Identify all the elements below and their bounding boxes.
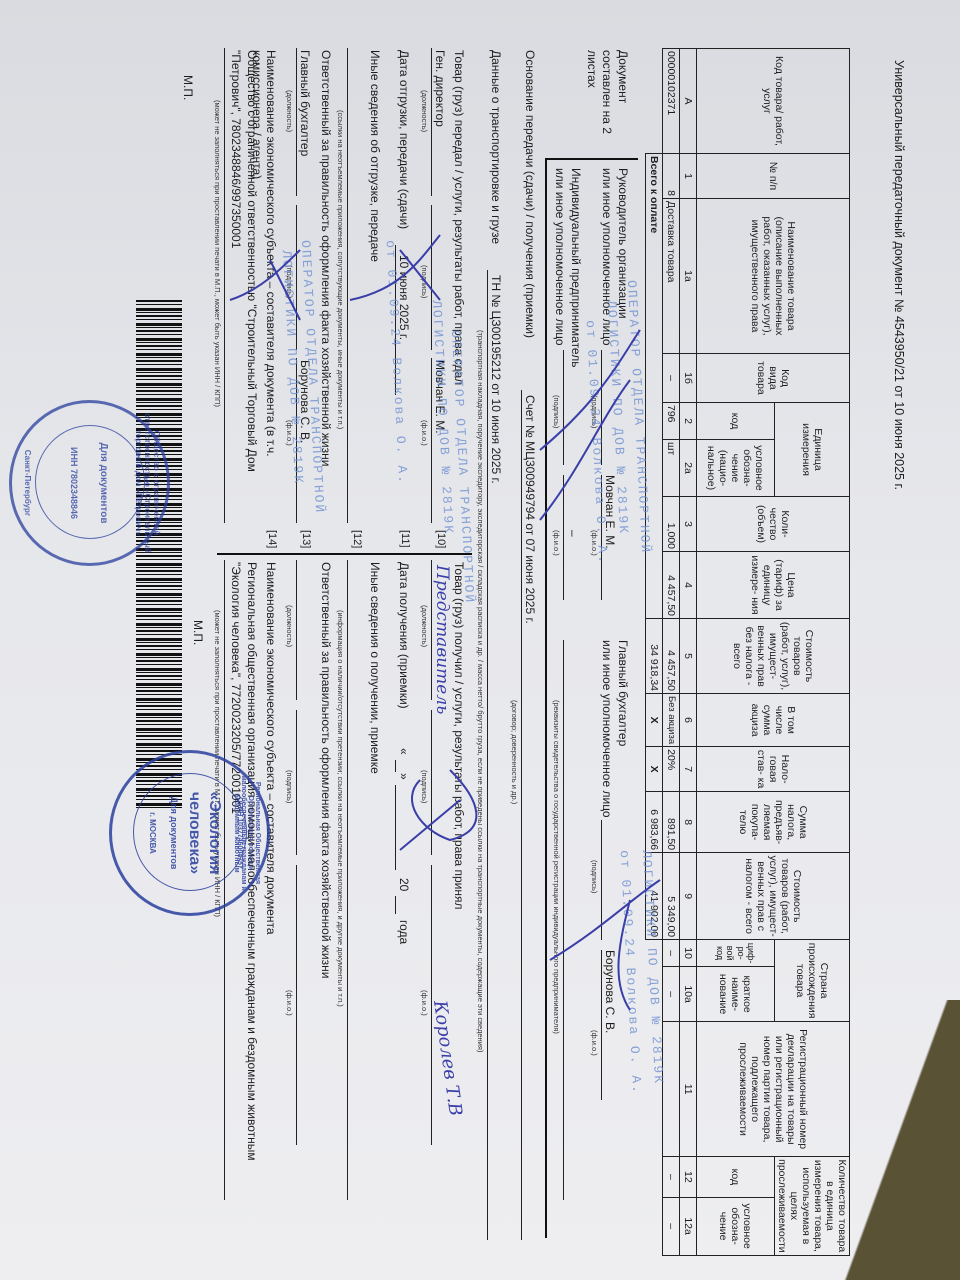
document-sheet-rotated: Универсальный передаточный документ № 45… [0,0,960,1280]
handwritten-signatures [0,0,960,1280]
document-sheet: Универсальный передаточный документ № 45… [0,0,960,1280]
